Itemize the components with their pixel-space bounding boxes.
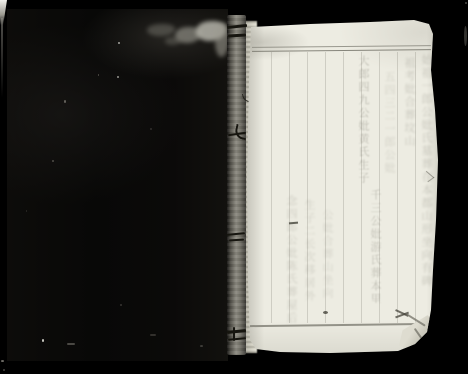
dust-speck bbox=[150, 334, 156, 336]
stitch-thread bbox=[233, 327, 235, 341]
dust-speck bbox=[26, 210, 27, 212]
edge-speck bbox=[3, 369, 5, 371]
dust-speck bbox=[67, 343, 75, 345]
edge-speck bbox=[465, 2, 467, 4]
stitch-thread bbox=[227, 24, 247, 29]
stitch-thread bbox=[228, 337, 246, 341]
cover-worn-patch bbox=[165, 37, 181, 45]
illegible-text-column: 公妣合葬山坐向 bbox=[321, 209, 334, 321]
edge-speck bbox=[1, 360, 4, 362]
cover-worn-patch bbox=[147, 24, 175, 36]
illegible-text-column: 千三公妣游氏葬本里 bbox=[369, 189, 382, 303]
stitch-thread bbox=[229, 239, 244, 241]
illegible-text-column: 大郎四九公妣黄氏生子 bbox=[357, 55, 370, 189]
stitch-thread bbox=[227, 329, 246, 333]
dust-speck bbox=[52, 160, 54, 162]
page-frame-top-border bbox=[252, 45, 431, 52]
open-page: 大郎四九公妣黄氏生子 千三公妣游氏葬本里 五四三二一郎公妣 祖考妣合葬坟山 始祖… bbox=[247, 19, 438, 353]
frame-edge-line bbox=[1, 18, 3, 98]
dust-speck bbox=[117, 76, 119, 78]
front-cover bbox=[7, 9, 228, 361]
dust-speck bbox=[120, 304, 122, 306]
dust-speck bbox=[118, 42, 120, 44]
illegible-text-column: 五四三二一郎公妣 bbox=[383, 71, 396, 181]
stitch-thread bbox=[228, 33, 246, 37]
dust-speck bbox=[64, 100, 66, 103]
stitch-thread bbox=[227, 232, 245, 236]
text-column-grid bbox=[254, 52, 427, 323]
illegible-text-column: 生子二长次移居外 bbox=[303, 199, 316, 321]
edge-sliver bbox=[464, 26, 467, 46]
ink-dot-mark bbox=[323, 311, 328, 314]
illegible-text-column: 念四郎公妣陈氏葬屋后 bbox=[285, 195, 298, 325]
dust-speck bbox=[98, 74, 99, 76]
dust-speck bbox=[42, 339, 44, 342]
book-photo: 大郎四九公妣黄氏生子 千三公妣游氏葬本里 五四三二一郎公妣 祖考妣合葬坟山 始祖… bbox=[0, 0, 468, 374]
book-spine bbox=[227, 15, 246, 355]
dust-speck bbox=[150, 128, 152, 130]
page-frame-bottom-border bbox=[250, 323, 432, 327]
illegible-text-column: 祖考妣合葬坟山 bbox=[403, 57, 416, 149]
dust-speck bbox=[200, 345, 203, 347]
